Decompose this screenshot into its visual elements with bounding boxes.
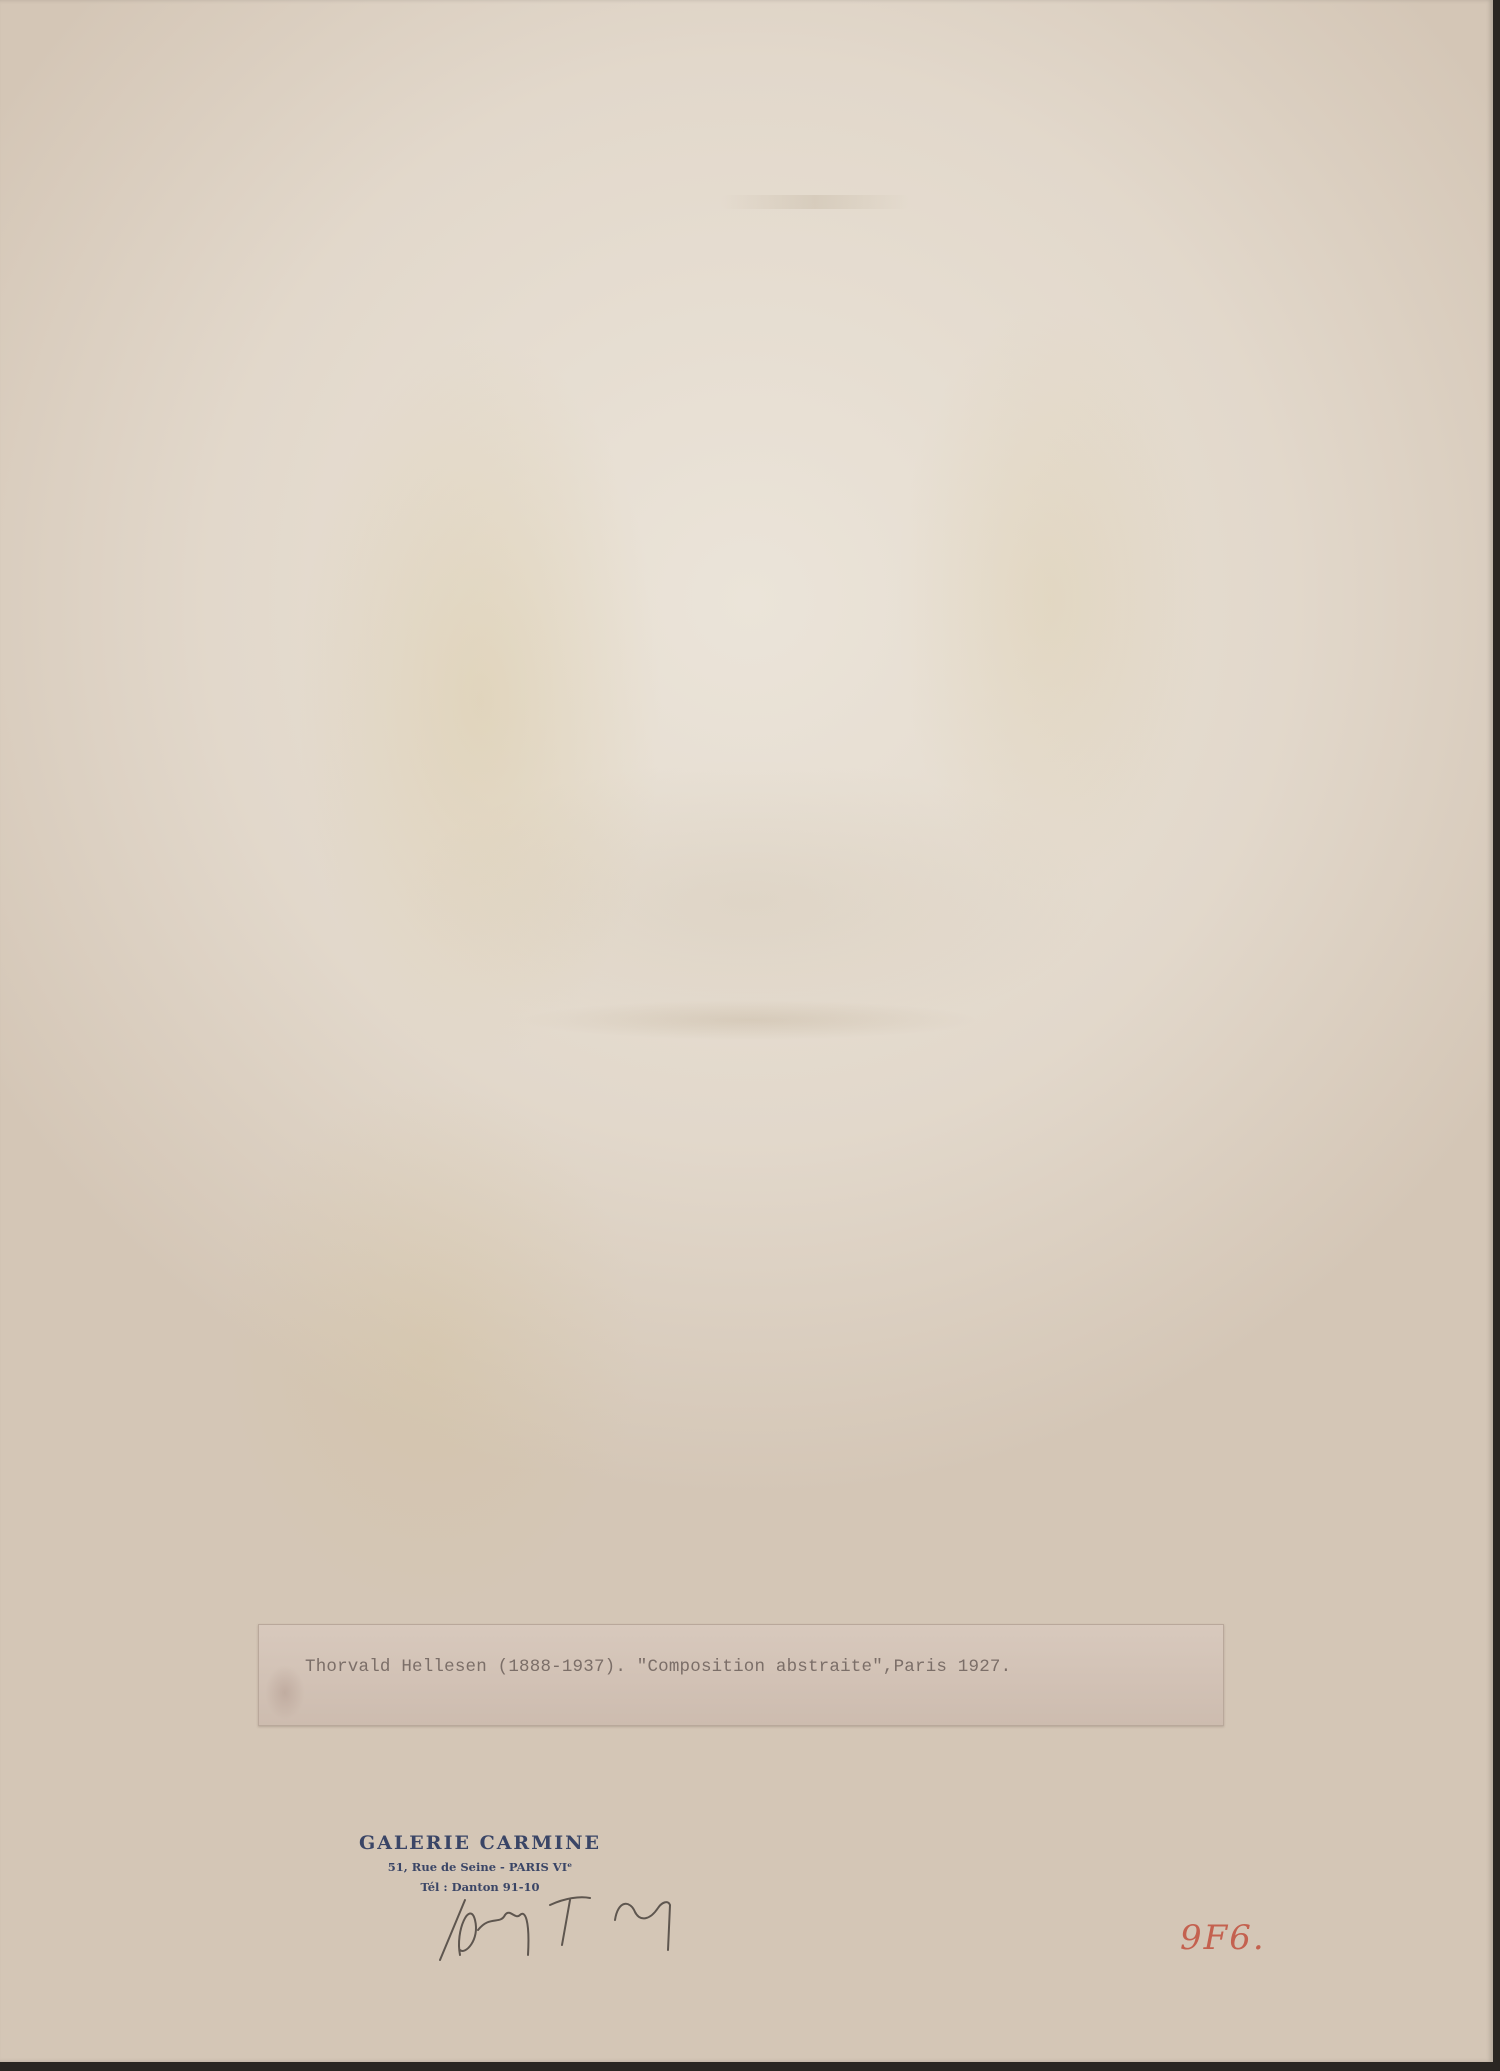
- stamp-gallery-name: GALERIE CARMINE: [340, 1832, 620, 1854]
- label-stain: [265, 1665, 305, 1720]
- typed-label: Thorvald Hellesen (1888-1937). "Composit…: [258, 1624, 1224, 1726]
- paper-crease: [720, 195, 910, 209]
- paper-sheet: Thorvald Hellesen (1888-1937). "Composit…: [0, 0, 1493, 2062]
- paper-stain: [520, 1000, 980, 1040]
- inventory-number: 9F6.: [1180, 1918, 1266, 1958]
- signature-icon: [430, 1860, 730, 1970]
- background-edge: [0, 2062, 1500, 2071]
- label-text: Thorvald Hellesen (1888-1937). "Composit…: [305, 1657, 1011, 1677]
